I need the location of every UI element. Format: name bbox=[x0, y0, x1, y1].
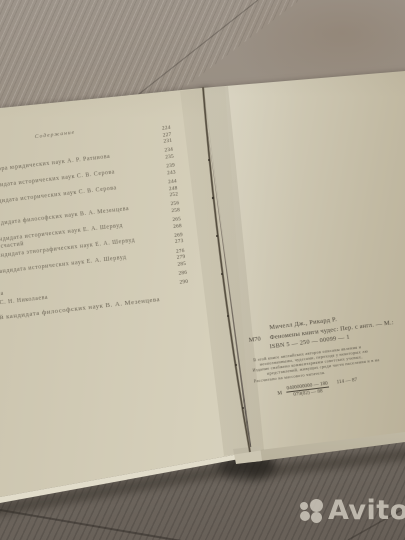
formula-prefix: М bbox=[277, 390, 282, 397]
catalog-code: М70 bbox=[248, 334, 261, 345]
toc-page-number: 285 bbox=[177, 261, 186, 269]
toc-page-number: 286 bbox=[178, 270, 187, 278]
avito-logo-icon bbox=[299, 498, 324, 523]
book-photo: Содержание 224 227 231 Ком bbox=[0, 0, 405, 540]
toc-page-number: 231 bbox=[163, 138, 172, 146]
toc-page-number: 258 bbox=[171, 207, 180, 215]
avito-watermark: Avito bbox=[299, 497, 405, 524]
avito-watermark-text: Avito bbox=[328, 497, 405, 524]
toc-page-number: 243 bbox=[167, 169, 176, 177]
toc-page-number: 268 bbox=[173, 223, 182, 231]
toc-page-number: 290 bbox=[179, 279, 188, 287]
toc-page-number: 252 bbox=[169, 191, 178, 199]
formula-suffix: 114 — 87 bbox=[336, 377, 357, 385]
toc-list: 224 227 231 Комментарий доктора юридичес… bbox=[0, 122, 190, 327]
toc-page-number: 273 bbox=[175, 238, 184, 246]
table-of-contents: Содержание 224 227 231 Ком bbox=[0, 122, 190, 327]
toc-page-number: 235 bbox=[165, 154, 174, 162]
